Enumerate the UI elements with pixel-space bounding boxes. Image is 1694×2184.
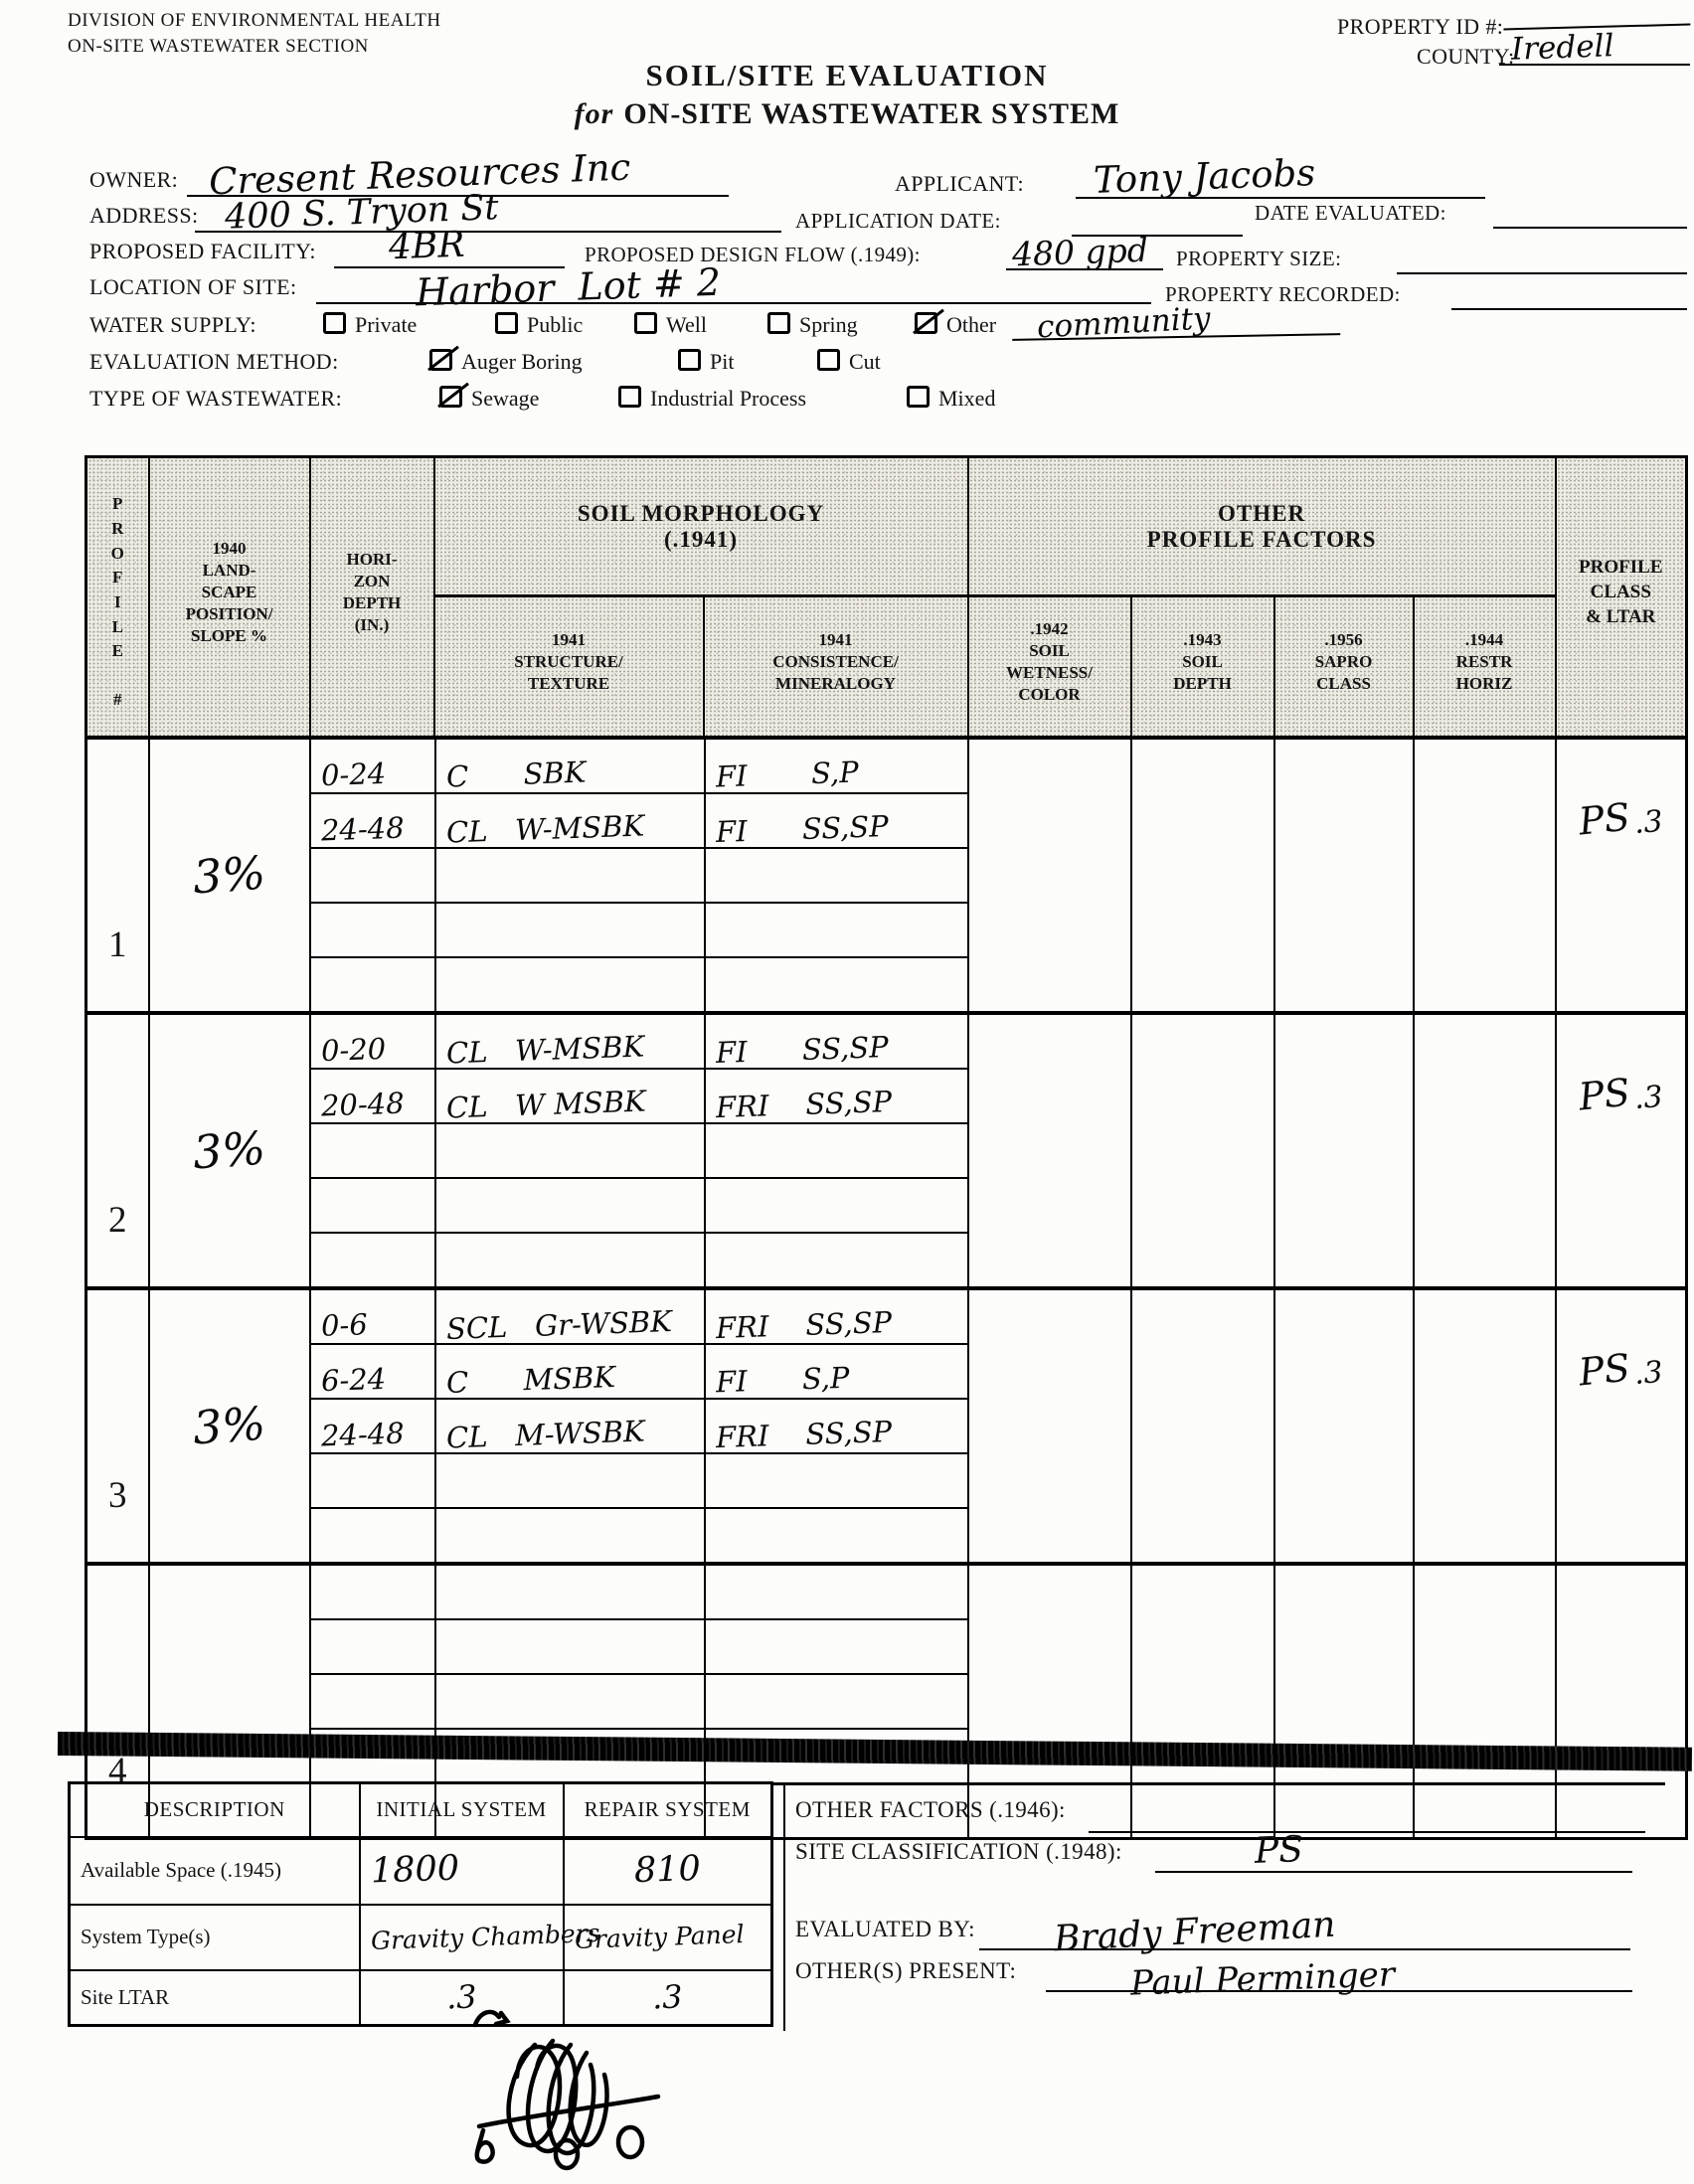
col-header-wetness: .1942 SOIL WETNESS/ COLOR (968, 596, 1131, 738)
horizon-depth: 0-24 (320, 758, 386, 789)
footer-top-rule (770, 1782, 1665, 1785)
agency-header: DIVISION OF ENVIRONMENTAL HEALTH ON-SITE… (68, 8, 441, 59)
address-label: ADDRESS: (89, 203, 199, 229)
checkbox-icon (678, 349, 701, 371)
available-space-repair: 810 (633, 1852, 701, 1889)
wastewater-label: TYPE OF WASTEWATER: (89, 386, 342, 412)
horizon-consistence: FRI SS,SP (715, 1417, 892, 1451)
checkbox-icon (429, 349, 452, 371)
slope-value: 3% (191, 850, 266, 901)
horizon-structure: SCL Gr-WSBK (445, 1307, 672, 1344)
owner-label: OWNER: (89, 167, 178, 193)
row-label: Available Space (.1945) (70, 1837, 360, 1905)
water-supply-label: WATER SUPPLY: (89, 312, 256, 338)
horizon-consistence: FI S,P (715, 757, 859, 791)
horizon-structure: C MSBK (445, 1363, 615, 1398)
checkbox-icon (323, 312, 346, 334)
row-available-space: Available Space (.1945) 1800 810 (70, 1837, 772, 1905)
checkbox-icon (767, 312, 790, 334)
system-type-initial: Gravity Chambers (370, 1920, 599, 1952)
profile-class-cell: PS .3 (1556, 1288, 1687, 1564)
evaluation-method-row: EVALUATION METHOD: Auger Boring Pit Cut (0, 349, 1694, 389)
location-value: Harbor Lot # 2 (415, 263, 721, 312)
profile-row-3: 3 3% 0-6 SCL Gr-WSBK FRI SS,SP 6-24 C MS… (86, 1288, 1687, 1564)
soil-evaluation-table: P R O F I L E # 1940 LAND- SCAPE POSITIO… (85, 455, 1688, 1840)
horizon-depth: 6-24 (320, 1364, 386, 1395)
profile-class-value: PS (1577, 1348, 1631, 1391)
profile-class-value: PS (1577, 1073, 1631, 1115)
site-class-value: PS (1254, 1832, 1303, 1870)
sys-header-repair: REPAIR SYSTEM (564, 1783, 772, 1837)
row-label: Site LTAR (70, 1970, 360, 2026)
row-label: System Type(s) (70, 1905, 360, 1970)
proposed-facility-label: PROPOSED FACILITY: (89, 239, 316, 264)
location-line: Harbor Lot # 2 (316, 272, 1151, 304)
horizon-structure: CL M-WSBK (445, 1417, 645, 1452)
property-id-label: PROPERTY ID #: (1337, 14, 1503, 40)
property-id-line (1503, 0, 1691, 30)
slope-cell: 3% (149, 738, 310, 1013)
checkbox-well: Well (634, 312, 707, 338)
evaluated-by-label: EVALUATED BY: (795, 1917, 975, 1942)
slope-value: 3% (191, 1125, 266, 1176)
row-system-types: System Type(s) Gravity Chambers Gravity … (70, 1905, 772, 1970)
location-label: LOCATION OF SITE: (89, 274, 296, 300)
col-header-profile-class: PROFILE CLASS & LTAR (1556, 457, 1687, 738)
horizon-structure: CL W-MSBK (445, 811, 644, 847)
other-water-value: community (1036, 303, 1211, 343)
horizon-subtable: 0-20 CL W-MSBK FI SS,SP 20-48 CL W MSBK … (311, 1015, 969, 1286)
checkbox-sewage: Sewage (439, 386, 539, 412)
profile-ltar-value: .3 (1633, 1358, 1664, 1390)
subtitle-for: for (575, 97, 614, 130)
horizon-consistence: FI SS,SP (715, 1032, 889, 1067)
horizon-consistence: FRI SS,SP (715, 1307, 892, 1342)
horizon-depth: 20-48 (320, 1089, 405, 1120)
group-header-soil-morphology: SOIL MORPHOLOGY (.1941) (434, 457, 968, 596)
checkbox-pit: Pit (678, 349, 734, 375)
date-evaluated-line (1493, 197, 1687, 229)
wastewater-row: TYPE OF WASTEWATER: Sewage Industrial Pr… (0, 386, 1694, 425)
horizon-subtable: 0-6 SCL Gr-WSBK FRI SS,SP 6-24 C MSBK FI… (311, 1290, 969, 1562)
checkbox-icon (618, 386, 641, 408)
agency-line1: DIVISION OF ENVIRONMENTAL HEALTH (68, 8, 441, 34)
applicant-label: APPLICANT: (895, 171, 1024, 197)
subtitle-rest: ON-SITE WASTEWATER SYSTEM (623, 97, 1119, 130)
col-header-consistence: 1941 CONSISTENCE/ MINERALOGY (704, 596, 968, 738)
checkbox-public: Public (495, 312, 583, 338)
other-factors-line (1089, 1801, 1645, 1833)
checkbox-auger-boring: Auger Boring (429, 349, 583, 375)
checkbox-icon (915, 312, 937, 334)
horizon-depth: 24-48 (320, 1419, 405, 1450)
other-water-line: community (1012, 303, 1341, 341)
checkbox-industrial: Industrial Process (618, 386, 806, 412)
horizon-structure: C SBK (445, 757, 586, 791)
others-present-label: OTHER(S) PRESENT: (795, 1958, 1016, 1984)
design-flow-line: 480 gpd (1006, 239, 1163, 270)
applicant-value: Tony Jacobs (1093, 154, 1315, 199)
property-size-line (1397, 243, 1687, 274)
sys-header-initial: INITIAL SYSTEM (360, 1783, 564, 1837)
evaluated-by-value: Brady Freeman (1053, 1908, 1336, 1958)
horizon-consistence: FI S,P (715, 1363, 849, 1397)
profile-ltar-value: .3 (1633, 1083, 1664, 1114)
checkbox-mixed: Mixed (907, 386, 995, 412)
water-supply-row: WATER SUPPLY: Private Public Well Spring… (0, 312, 1694, 352)
profile-number: 3 (86, 1288, 149, 1564)
col-header-profile: P R O F I L E # (86, 457, 149, 738)
col-header-landscape: 1940 LAND- SCAPE POSITION/ SLOPE % (149, 457, 310, 738)
profile-number: 1 (86, 738, 149, 1013)
checkbox-icon (439, 386, 462, 408)
col-header-horizon: HORI- ZON DEPTH (IN.) (310, 457, 434, 738)
scribble-mark (418, 2003, 736, 2182)
horizon-depth: 24-48 (320, 813, 405, 845)
checkbox-icon (817, 349, 840, 371)
scanned-form-page: DIVISION OF ENVIRONMENTAL HEALTH ON-SITE… (0, 0, 1694, 2184)
form-subtitle: forON-SITE WASTEWATER SYSTEM (0, 97, 1694, 131)
checkbox-private: Private (323, 312, 417, 338)
others-present-value: Paul Perminger (1129, 1957, 1395, 2000)
profile-row-2: 2 3% 0-20 CL W-MSBK FI SS,SP 20-48 CL W … (86, 1013, 1687, 1288)
checkbox-cut: Cut (817, 349, 881, 375)
applicant-line: Tony Jacobs (1076, 167, 1485, 199)
profile-row-1: 1 3% 0-24 C SBK FI S,P 24-48 CL W-MSBK F… (86, 738, 1687, 1013)
others-present-line: Paul Perminger (1046, 1960, 1632, 1992)
checkbox-icon (634, 312, 657, 334)
horizon-depth: 0-20 (320, 1034, 386, 1065)
profile-class-cell: PS .3 (1556, 1013, 1687, 1288)
agency-line2: ON-SITE WASTEWATER SECTION (68, 34, 441, 60)
evaluation-method-label: EVALUATION METHOD: (89, 349, 339, 375)
horizon-consistence: FI SS,SP (715, 811, 889, 846)
horizon-consistence: FRI SS,SP (715, 1087, 892, 1121)
slope-cell: 3% (149, 1013, 310, 1288)
property-recorded-line (1451, 278, 1687, 310)
checkbox-other: Other (915, 312, 996, 338)
profile-ltar-value: .3 (1633, 807, 1664, 839)
form-title: SOIL/SITE EVALUATION (0, 58, 1694, 93)
profile-number: 2 (86, 1013, 149, 1288)
col-header-soil-depth: .1943 SOIL DEPTH (1131, 596, 1274, 738)
date-evaluated-label: DATE EVALUATED: (1255, 201, 1446, 226)
horizon-depth: 0-6 (320, 1310, 368, 1341)
proposed-facility-value: 4BR (388, 228, 465, 266)
evaluated-by-line: Brady Freeman (979, 1919, 1630, 1950)
proposed-facility-line: 4BR (334, 237, 565, 268)
group-header-other-factors: OTHER PROFILE FACTORS (968, 457, 1556, 596)
col-header-restr: .1944 RESTR HORIZ (1414, 596, 1556, 738)
horizon-structure: CL W-MSBK (445, 1032, 644, 1068)
horizon-subtable: 0-24 C SBK FI S,P 24-48 CL W-MSBK FI SS,… (311, 740, 969, 1011)
profile-class-cell: PS .3 (1556, 738, 1687, 1013)
address-line: 400 S. Tryon St (195, 201, 781, 233)
footer-divider (783, 1784, 785, 2031)
slope-value: 3% (191, 1401, 266, 1451)
system-type-repair: Gravity Panel (574, 1922, 744, 1952)
checkbox-icon (495, 312, 518, 334)
horizon-structure: CL W MSBK (445, 1087, 646, 1122)
available-space-initial: 1800 (370, 1851, 459, 1889)
checkbox-icon (907, 386, 930, 408)
profile-class-value: PS (1577, 797, 1631, 840)
application-date-label: APPLICATION DATE: (795, 209, 1001, 234)
col-header-sapro: .1956 SAPRO CLASS (1274, 596, 1414, 738)
slope-cell: 3% (149, 1288, 310, 1564)
checkbox-spring: Spring (767, 312, 858, 338)
other-factors-label: OTHER FACTORS (.1946): (795, 1797, 1066, 1823)
design-flow-value: 480 gpd (1011, 234, 1148, 271)
property-size-label: PROPERTY SIZE: (1176, 247, 1341, 271)
systems-table: DESCRIPTION INITIAL SYSTEM REPAIR SYSTEM… (68, 1781, 773, 2027)
col-header-structure: 1941 STRUCTURE/ TEXTURE (434, 596, 704, 738)
site-class-label: SITE CLASSIFICATION (.1948): (795, 1839, 1122, 1865)
sys-header-description: DESCRIPTION (70, 1783, 360, 1837)
site-class-line: PS (1155, 1841, 1632, 1873)
